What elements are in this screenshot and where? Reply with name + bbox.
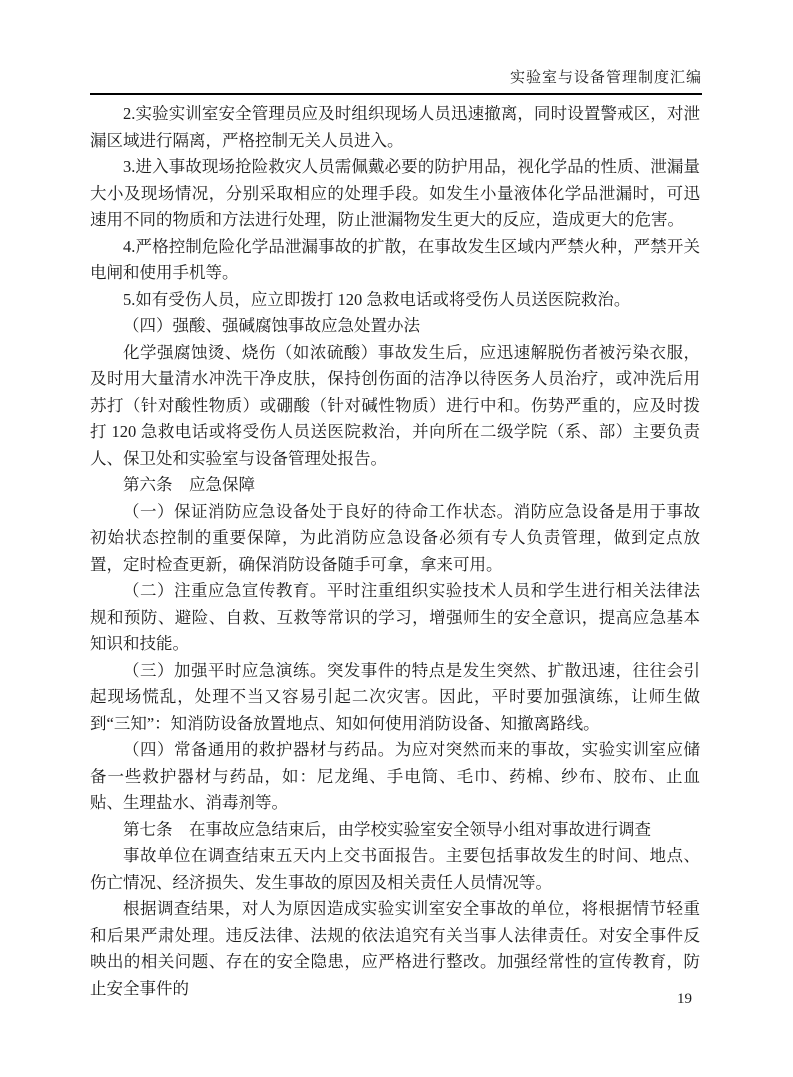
paragraph: 5.如有受伤人员，应立即拨打 120 急救电话或将受伤人员送医院救治。 <box>90 287 700 314</box>
running-header-title: 实验室与设备管理制度汇编 <box>90 69 702 88</box>
paragraph: 根据调查结果，对人为原因造成实验实训室安全事故的单位，将根据情节轻重和后果严肃处… <box>90 896 700 1002</box>
paragraph: 2.实验实训室安全管理员应及时组织现场人员迅速撤离，同时设置警戒区，对泄漏区域进… <box>90 101 700 154</box>
page-number: 19 <box>90 991 692 1008</box>
paragraph: 4.严格控制危险化学品泄漏事故的扩散，在事故发生区域内严禁火种，严禁开关电闸和使… <box>90 234 700 287</box>
section-subheading: （四）强酸、强碱腐蚀事故应急处置办法 <box>90 313 700 340</box>
article-heading: 第七条 在事故应急结束后，由学校实验室安全领导小组对事故进行调查 <box>90 817 700 844</box>
document-page: 实验室与设备管理制度汇编 2.实验实训室安全管理员应及时组织现场人员迅速撤离，同… <box>0 0 793 1077</box>
header-rule <box>90 93 702 95</box>
paragraph: 事故单位在调查结束五天内上交书面报告。主要包括事故发生的时间、地点、伤亡情况、经… <box>90 843 700 896</box>
document-body: 2.实验实训室安全管理员应及时组织现场人员迅速撤离，同时设置警戒区，对泄漏区域进… <box>90 101 700 1002</box>
paragraph: 化学强腐蚀烫、烧伤（如浓硫酸）事故发生后，应迅速解脱伤者被污染衣服，及时用大量清… <box>90 340 700 473</box>
paragraph: （三）加强平时应急演练。突发事件的特点是发生突然、扩散迅速，往往会引起现场慌乱，… <box>90 658 700 738</box>
paragraph: 3.进入事故现场抢险救灾人员需佩戴必要的防护用品，视化学品的性质、泄漏量大小及现… <box>90 154 700 234</box>
paragraph: （四）常备通用的救护器材与药品。为应对突然而来的事故，实验实训室应储备一些救护器… <box>90 737 700 817</box>
article-heading: 第六条 应急保障 <box>90 472 700 499</box>
paragraph: （二）注重应急宣传教育。平时注重组织实验技术人员和学生进行相关法律法规和预防、避… <box>90 578 700 658</box>
paragraph: （一）保证消防应急设备处于良好的待命工作状态。消防应急设备是用于事故初始状态控制… <box>90 499 700 579</box>
